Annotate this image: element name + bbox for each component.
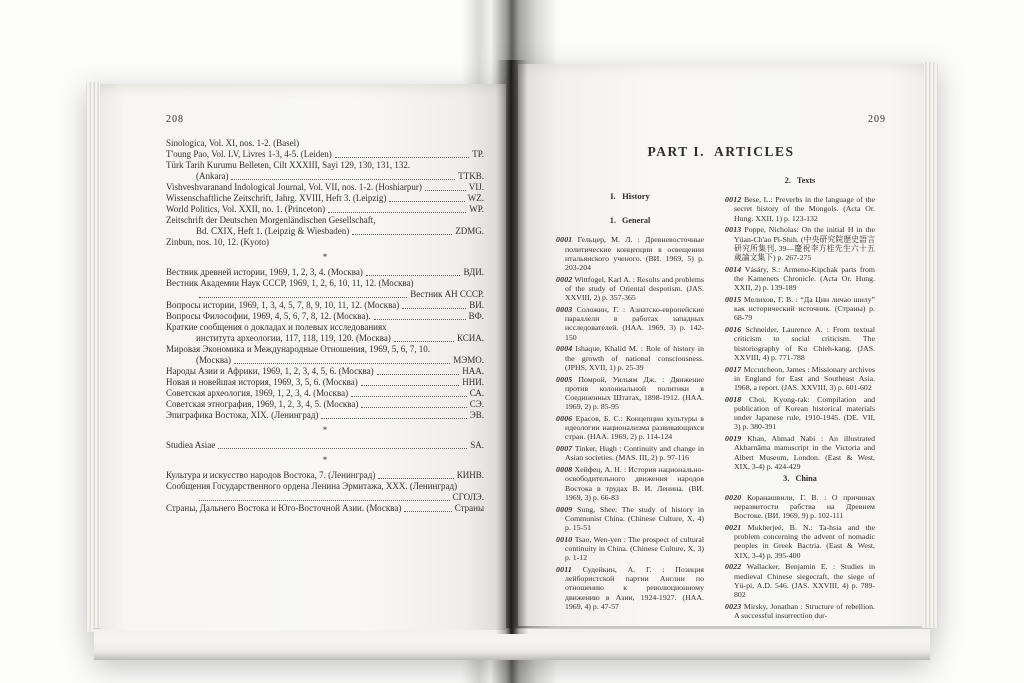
bibliography-entry-line: T'oung Pao, Vol. LV, Livres 1-3, 4-5. (L… bbox=[166, 149, 484, 160]
article-entry: 0002 Wittfogel, Karl A. : Results and pr… bbox=[556, 275, 704, 303]
dotted-leader bbox=[402, 300, 466, 309]
bibliography-entry-line: СГОЛЭ. bbox=[166, 492, 484, 503]
bibliography-entry-line: Studiea AsiaeSA. bbox=[166, 440, 484, 451]
entry-number: 0005 bbox=[556, 375, 572, 384]
entry-abbreviation: ZDMG. bbox=[455, 226, 484, 237]
entry-number: 0022 bbox=[725, 562, 741, 571]
article-entry: 0003 Соложин, Г. : Азиатско-европейские … bbox=[556, 305, 704, 342]
dotted-leader bbox=[394, 333, 454, 342]
bibliography-entry-line: Сообщения Государственного ордена Ленина… bbox=[166, 481, 484, 492]
dotted-leader bbox=[234, 355, 450, 364]
entry-text: Народы Азии и Африки, 1969, 1, 2, 3, 4, … bbox=[166, 366, 374, 377]
entry-text: Советская археология, 1969, 1, 2, 3, 4. … bbox=[166, 388, 348, 399]
entry-text: Мировая Экономика и Международные Отноше… bbox=[166, 344, 430, 355]
article-entry: 0014 Vásáry, S.: Armeno-Kipchak parts fr… bbox=[725, 265, 875, 293]
bibliography-entry-line: Sinologica, Vol. XI, nos. 1-2. (Basel) bbox=[166, 138, 484, 149]
articles-column-1: I. History1. General0001 Гельцер, М. Л. … bbox=[556, 192, 704, 614]
bibliography-entry-line: Вопросы Философии, 1969, 4, 5, 6, 7, 8, … bbox=[166, 311, 484, 322]
part-title: PART I. ARTICLES bbox=[518, 144, 924, 160]
entry-abbreviation: СЭ. bbox=[470, 399, 484, 410]
page-number: 209 bbox=[868, 114, 886, 125]
article-entry: 0012 Bese, L.: Preverbs in the language … bbox=[725, 195, 875, 223]
entry-number: 0002 bbox=[556, 275, 572, 284]
entry-number: 0004 bbox=[556, 344, 572, 353]
entry-abbreviation: WZ. bbox=[468, 193, 484, 204]
entry-abbreviation: Страны bbox=[455, 503, 484, 514]
bibliography-entry-line: Zinbun, nos. 10, 12. (Kyoto) bbox=[166, 237, 484, 248]
entry-number: 0003 bbox=[556, 305, 572, 314]
entry-abbreviation: ВДИ. bbox=[463, 267, 484, 278]
entry-number: 0006 bbox=[556, 414, 572, 423]
bibliography-entry-line: Страны, Дальнего Востока и Юго-Восточной… bbox=[166, 503, 484, 514]
entry-number: 0016 bbox=[725, 325, 741, 334]
bibliography-entry-line: (Ankara)TTKB. bbox=[166, 171, 484, 182]
entry-abbreviation: МЭМО. bbox=[453, 355, 484, 366]
entry-text: Новая и новейшая история, 1969, 3, 5, 6.… bbox=[166, 377, 358, 388]
entry-abbreviation: WP. bbox=[469, 204, 484, 215]
entry-text: Культура и искусство народов Востока, 7.… bbox=[166, 470, 375, 481]
entry-text: (Москва) bbox=[196, 355, 231, 366]
dotted-leader bbox=[199, 492, 450, 501]
left-page: 208 Sinologica, Vol. XI, nos. 1-2. (Base… bbox=[100, 84, 506, 630]
bibliography-entry-line: Vishveshvaranand Indological Journal, Vo… bbox=[166, 182, 484, 193]
article-entry: 0018 Choi, Kyong-rak: Compilation and pu… bbox=[725, 395, 875, 432]
bibliography-entry-line: Новая и новейшая история, 1969, 3, 5, 6.… bbox=[166, 377, 484, 388]
dotted-leader bbox=[377, 366, 460, 375]
entry-number: 0011 bbox=[556, 565, 572, 574]
book-spine-shadow bbox=[496, 60, 528, 634]
bibliography-entry-line: института археологии, 117, 118, 119, 120… bbox=[166, 333, 484, 344]
entry-text: Советская этнография, 1969, 1, 2, 3, 4, … bbox=[166, 399, 358, 410]
entry-abbreviation: ЭВ. bbox=[470, 410, 484, 421]
entry-text: Sinologica, Vol. XI, nos. 1-2. (Basel) bbox=[166, 138, 299, 149]
entry-abbreviation: Вестник АН СССР. bbox=[410, 289, 484, 300]
article-entry: 0006 Ерасов, Б. С.: Концепции культуры в… bbox=[556, 414, 704, 442]
list-separator: * bbox=[166, 252, 484, 263]
article-entry: 0004 Ishaque, Khalid M. : Role of histor… bbox=[556, 344, 704, 372]
bibliography-entry-line: Мировая Экономика и Международные Отноше… bbox=[166, 344, 484, 355]
bibliography-entry-line: Вестник Академии Наук СССР, 1969, 1, 2, … bbox=[166, 278, 484, 289]
entry-text: Эпиграфика Востока, XIX. (Ленинград) bbox=[166, 410, 318, 421]
entry-abbreviation: КСИА. bbox=[457, 333, 484, 344]
entry-text: Wissenschaftliche Zeitschrift, Jahrg. XV… bbox=[166, 193, 386, 204]
entry-text: Zeitschrift der Deutschen Morgenländisch… bbox=[166, 215, 376, 226]
section-heading: 3. China bbox=[725, 474, 875, 483]
entry-text: Вопросы истории, 1969, 1, 3, 4, 5, 7, 8,… bbox=[166, 300, 399, 311]
dotted-leader bbox=[404, 503, 451, 512]
entry-number: 0014 bbox=[725, 265, 741, 274]
entry-number: 0013 bbox=[725, 225, 741, 234]
article-entry: 0015 Мелихов, Г. В. : “Да Цин личао шилу… bbox=[725, 295, 875, 323]
bibliography-entry-line: Культура и искусство народов Востока, 7.… bbox=[166, 470, 484, 481]
article-entry: 0013 Poppe, Nicholas: On the initial H i… bbox=[725, 225, 875, 262]
bibliography-list: Sinologica, Vol. XI, nos. 1-2. (Basel)T'… bbox=[166, 138, 484, 514]
dotted-leader bbox=[199, 289, 407, 298]
article-entry: 0011 Судейкин, А. Г. : Позиция лейборист… bbox=[556, 565, 704, 611]
dotted-leader bbox=[389, 193, 464, 202]
dotted-leader bbox=[328, 204, 466, 213]
entry-text: Сообщения Государственного ордена Ленина… bbox=[166, 481, 457, 492]
bibliography-entry-line: Wissenschaftliche Zeitschrift, Jahrg. XV… bbox=[166, 193, 484, 204]
entry-abbreviation: TTKB. bbox=[458, 171, 484, 182]
entry-number: 0007 bbox=[556, 444, 572, 453]
dotted-leader bbox=[231, 171, 455, 180]
articles-column-2: 2. Texts0012 Bese, L.: Preverbs in the l… bbox=[725, 174, 875, 623]
entry-number: 0001 bbox=[556, 235, 572, 244]
entry-number: 0023 bbox=[725, 602, 741, 611]
entry-text: Вестник Академии Наук СССР, 1969, 1, 2, … bbox=[166, 278, 414, 289]
entry-abbreviation: СА. bbox=[470, 388, 484, 399]
article-entry: 0008 Хейфец, А. Н. : История национально… bbox=[556, 465, 704, 502]
article-entry: 0021 Mukherjeé, B. N.: Ta-hsia and the p… bbox=[725, 523, 875, 560]
entry-abbreviation: TP. bbox=[472, 149, 484, 160]
entry-text: Vishveshvaranand Indological Journal, Vo… bbox=[166, 182, 422, 193]
article-entry: 0009 Sung, Shee: The study of history in… bbox=[556, 505, 704, 533]
dotted-leader bbox=[374, 311, 466, 320]
entry-abbreviation: ВИ. bbox=[469, 300, 484, 311]
bibliography-entry-line: Bd. CXIX, Heft 1. (Leipzig & Wiesbaden)Z… bbox=[166, 226, 484, 237]
article-entry: 0007 Tinker, Hugh : Continuity and chang… bbox=[556, 444, 704, 462]
dotted-leader bbox=[361, 377, 459, 386]
bibliography-entry-line: Вестник АН СССР. bbox=[166, 289, 484, 300]
article-entry: 0001 Гельцер, М. Л. : Древневосточные по… bbox=[556, 235, 704, 272]
entry-number: 0009 bbox=[556, 505, 572, 514]
entry-text: Краткие сообщения о докладах и полевых и… bbox=[166, 322, 387, 333]
entry-number: 0018 bbox=[725, 395, 741, 404]
article-entry: 0023 Mirsky, Jonathan : Structure of reb… bbox=[725, 602, 875, 620]
article-entry: 0020 Коранашвили, Г. В. : О причинах нер… bbox=[725, 493, 875, 521]
article-entry: 0005 Помрой, Уильям Дж. : Движение проти… bbox=[556, 375, 704, 412]
entry-number: 0017 bbox=[725, 365, 741, 374]
entry-abbreviation: ВФ. bbox=[469, 311, 484, 322]
section-heading: I. History bbox=[556, 192, 704, 201]
entry-number: 0015 bbox=[725, 295, 741, 304]
dotted-leader bbox=[335, 149, 469, 158]
bibliography-entry-line: Эпиграфика Востока, XIX. (Ленинград)ЭВ. bbox=[166, 410, 484, 421]
article-entry: 0019 Khan, Ahmad Nabi : An illustrated A… bbox=[725, 434, 875, 471]
bibliography-entry-line: Краткие сообщения о докладах и полевых и… bbox=[166, 322, 484, 333]
dotted-leader bbox=[352, 226, 452, 235]
entry-number: 0021 bbox=[725, 523, 741, 532]
article-entry: 0017 Mccutcheon, James : Missionary arch… bbox=[725, 365, 875, 393]
article-entry: 0016 Schneider, Laurence A. : From textu… bbox=[725, 325, 875, 362]
entry-text: Вестник древней истории, 1969, 1, 2, 3, … bbox=[166, 267, 363, 278]
bibliography-entry-line: Вопросы истории, 1969, 1, 3, 4, 5, 7, 8,… bbox=[166, 300, 484, 311]
right-page-edge-stack bbox=[922, 62, 938, 628]
dotted-leader bbox=[425, 182, 466, 191]
dotted-leader bbox=[321, 410, 466, 419]
list-separator: * bbox=[166, 425, 484, 436]
list-separator: * bbox=[166, 455, 484, 466]
entry-number: 0019 bbox=[725, 434, 741, 443]
right-page: 209 PART I. ARTICLES I. History1. Genera… bbox=[518, 64, 924, 626]
entry-text: Bd. CXIX, Heft 1. (Leipzig & Wiesbaden) bbox=[196, 226, 349, 237]
bibliography-entry-line: Народы Азии и Африки, 1969, 1, 2, 3, 4, … bbox=[166, 366, 484, 377]
entry-text: Zinbun, nos. 10, 12. (Kyoto) bbox=[166, 237, 269, 248]
section-heading: 2. Texts bbox=[725, 176, 875, 185]
entry-number: 0008 bbox=[556, 465, 572, 474]
open-book: 208 Sinologica, Vol. XI, nos. 1-2. (Base… bbox=[86, 60, 938, 660]
entry-abbreviation: VIJ. bbox=[469, 182, 484, 193]
dotted-leader bbox=[366, 267, 461, 276]
book-photo-scene: 208 Sinologica, Vol. XI, nos. 1-2. (Base… bbox=[0, 0, 1024, 683]
bibliography-entry-line: Zeitschrift der Deutschen Morgenländisch… bbox=[166, 215, 484, 226]
dotted-leader bbox=[361, 399, 466, 408]
bibliography-entry-line: Советская археология, 1969, 1, 2, 3, 4. … bbox=[166, 388, 484, 399]
entry-abbreviation: КИНВ. bbox=[457, 470, 484, 481]
entry-text: Вопросы Философии, 1969, 4, 5, 6, 7, 8, … bbox=[166, 311, 371, 322]
entry-number: 0012 bbox=[725, 195, 741, 204]
dotted-leader bbox=[378, 470, 453, 479]
entry-text: Studiea Asiae bbox=[166, 440, 215, 451]
entry-text: T'oung Pao, Vol. LV, Livres 1-3, 4-5. (L… bbox=[166, 149, 332, 160]
article-entry: 0022 Wallacker, Benjamin E. : Studies in… bbox=[725, 562, 875, 599]
dotted-leader bbox=[351, 388, 467, 397]
entry-text: Türk Tarih Kurumu Belleten, Cilt XXXIII,… bbox=[166, 160, 410, 171]
bibliography-entry-line: Türk Tarih Kurumu Belleten, Cilt XXXIII,… bbox=[166, 160, 484, 171]
bibliography-entry-line: Советская этнография, 1969, 1, 2, 3, 4, … bbox=[166, 399, 484, 410]
entry-abbreviation: НАА. bbox=[462, 366, 484, 377]
entry-abbreviation: ННИ. bbox=[462, 377, 484, 388]
entry-number: 0020 bbox=[725, 493, 741, 502]
dotted-leader bbox=[218, 440, 467, 449]
entry-text: World Politics, Vol. XXII, no. 1. (Princ… bbox=[166, 204, 325, 215]
entry-abbreviation: СГОЛЭ. bbox=[453, 492, 484, 503]
bibliography-entry-line: World Politics, Vol. XXII, no. 1. (Princ… bbox=[166, 204, 484, 215]
page-number: 208 bbox=[166, 114, 184, 125]
article-entry: 0010 Tsao, Wen-yen : The prospect of cul… bbox=[556, 535, 704, 563]
entry-text: Страны, Дальнего Востока и Юго-Восточной… bbox=[166, 503, 401, 514]
entry-text: (Ankara) bbox=[196, 171, 228, 182]
entry-abbreviation: SA. bbox=[470, 440, 484, 451]
section-heading: 1. General bbox=[556, 216, 704, 225]
bibliography-entry-line: Вестник древней истории, 1969, 1, 2, 3, … bbox=[166, 267, 484, 278]
entry-number: 0010 bbox=[556, 535, 572, 544]
entry-text: института археологии, 117, 118, 119, 120… bbox=[196, 333, 391, 344]
bibliography-entry-line: (Москва)МЭМО. bbox=[166, 355, 484, 366]
